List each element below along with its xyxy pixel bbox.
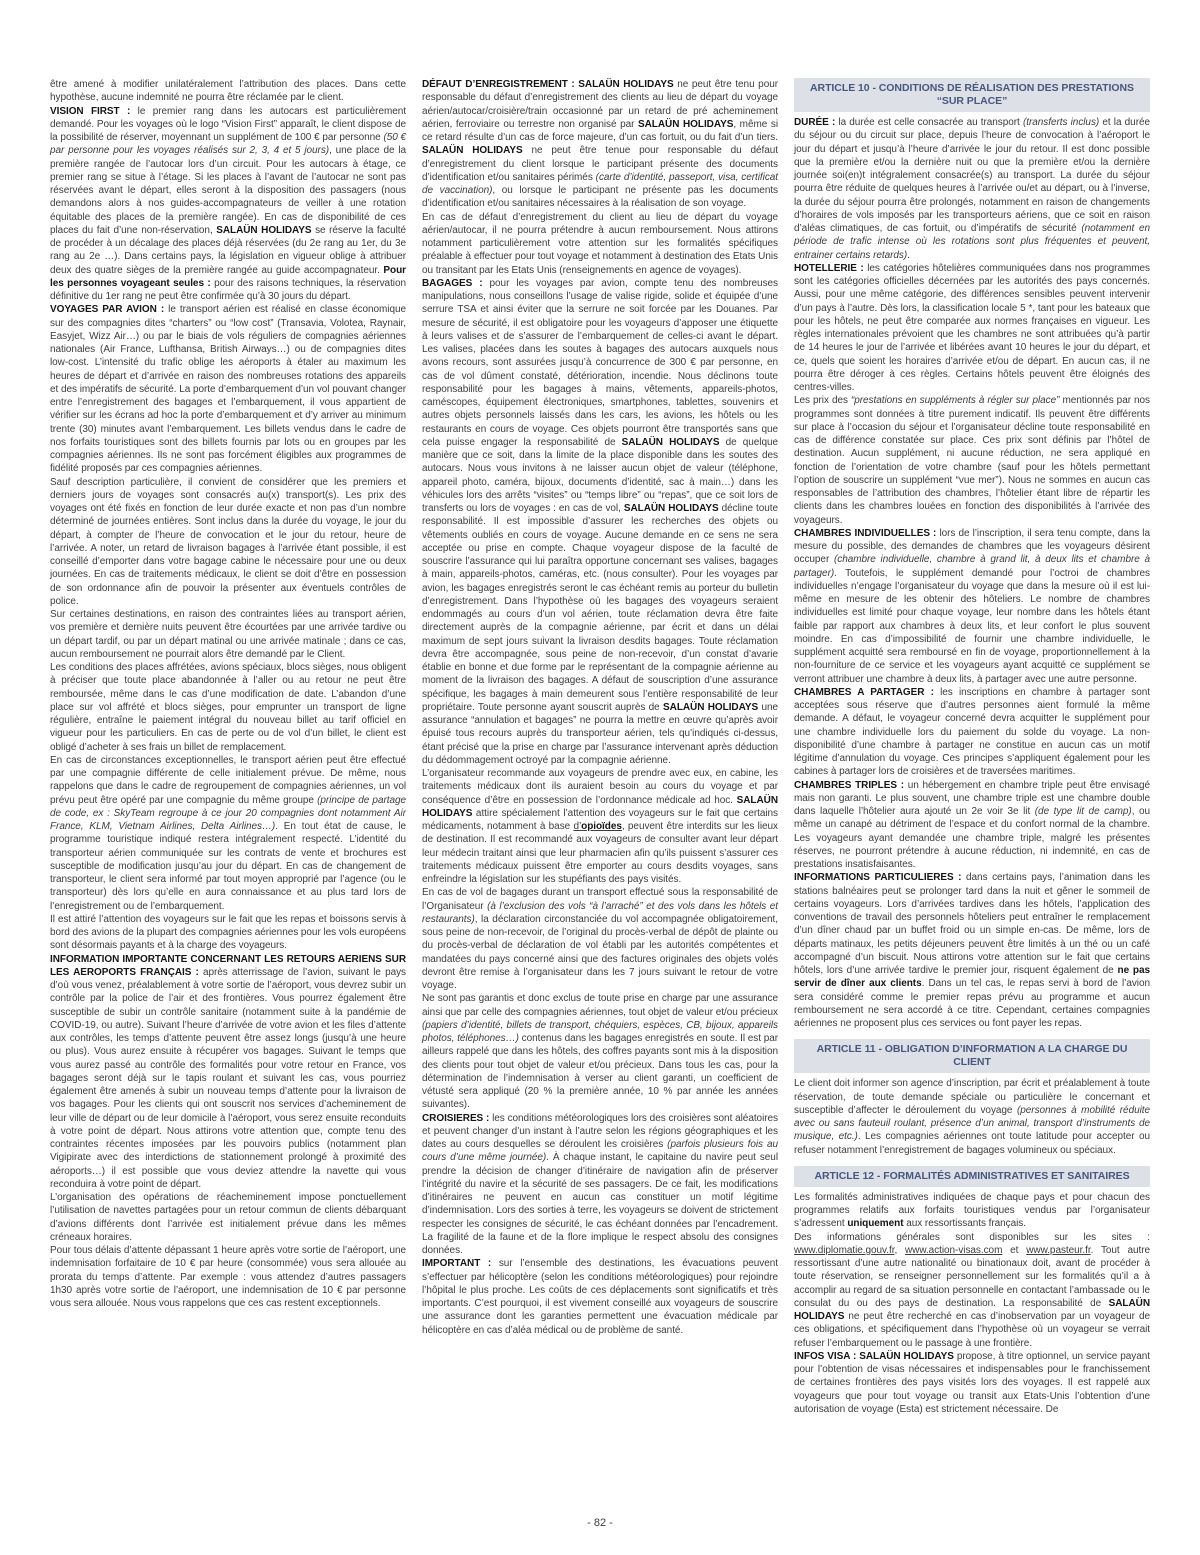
- paragraph: Sur certaines destinations, en raison de…: [50, 608, 406, 661]
- paragraph: L’organisation des opérations de réachem…: [50, 1191, 406, 1244]
- paragraph: En cas de défaut d’enregistrement du cli…: [422, 211, 778, 277]
- paragraph: INFOS VISA : SALAÜN HOLIDAYS propose, à …: [794, 1350, 1150, 1416]
- paragraph: Les prix des “prestations en suppléments…: [794, 394, 1150, 527]
- paragraph: Les formalités administratives indiquées…: [794, 1191, 1150, 1231]
- paragraph: CHAMBRES INDIVIDUELLES : lors de l’inscr…: [794, 527, 1150, 686]
- paragraph: VISION FIRST : le premier rang dans les …: [50, 105, 406, 304]
- paragraph: CHAMBRES TRIPLES : un hébergement en cha…: [794, 779, 1150, 872]
- paragraph: Ne sont pas garantis et donc exclus de t…: [422, 992, 778, 1111]
- document-page: être amené à modifier unilatéralement l’…: [0, 0, 1200, 1555]
- article-header: ARTICLE 12 - FORMALITÉS ADMINISTRATIVES …: [794, 1166, 1150, 1187]
- paragraph: être amené à modifier unilatéralement l’…: [50, 78, 406, 105]
- paragraph: IMPORTANT : sur l’ensemble des destinati…: [422, 1257, 778, 1337]
- paragraph: Sauf description particulière, il convie…: [50, 476, 406, 609]
- column-right: ARTICLE 10 - CONDITIONS DE RÉALISATION D…: [794, 78, 1150, 1416]
- paragraph: BAGAGES : pour les voyages par avion, co…: [422, 277, 778, 767]
- paragraph: INFORMATIONS PARTICULIERES : dans certai…: [794, 871, 1150, 1030]
- column-middle: DÉFAUT D’ENREGISTREMENT : SALAÜN HOLIDAY…: [422, 78, 778, 1416]
- column-left: être amené à modifier unilatéralement l’…: [50, 78, 406, 1416]
- paragraph: Pour tous délais d’attente dépassant 1 h…: [50, 1244, 406, 1310]
- paragraph: HOTELLERIE : les catégories hôtelières c…: [794, 262, 1150, 395]
- paragraph: DÉFAUT D’ENREGISTREMENT : SALAÜN HOLIDAY…: [422, 78, 778, 211]
- article-header: ARTICLE 10 - CONDITIONS DE RÉALISATION D…: [794, 78, 1150, 112]
- paragraph: Les conditions des places affrétées, avi…: [50, 661, 406, 754]
- paragraph: L’organisateur recommande aux voyageurs …: [422, 767, 778, 886]
- page-number: - 82 -: [0, 1517, 1200, 1529]
- paragraph: CHAMBRES A PARTAGER : les inscriptions e…: [794, 686, 1150, 779]
- text-columns: être amené à modifier unilatéralement l’…: [50, 78, 1150, 1416]
- paragraph: Le client doit informer son agence d’ins…: [794, 1077, 1150, 1157]
- paragraph: En cas de vol de bagages durant un trans…: [422, 886, 778, 992]
- paragraph: CROISIERES : les conditions météorologiq…: [422, 1112, 778, 1258]
- paragraph: VOYAGES PAR AVION : le transport aérien …: [50, 303, 406, 475]
- paragraph: Il est attiré l’attention des voyageurs …: [50, 913, 406, 953]
- paragraph: Des informations générales sont disponib…: [794, 1231, 1150, 1350]
- paragraph: INFORMATION IMPORTANTE CONCERNANT LES RE…: [50, 953, 406, 1192]
- paragraph: DURÉE : la durée est celle consacrée au …: [794, 116, 1150, 262]
- article-header: ARTICLE 11 - OBLIGATION D’INFORMATION A …: [794, 1039, 1150, 1073]
- paragraph: En cas de circonstances exceptionnelles,…: [50, 754, 406, 913]
